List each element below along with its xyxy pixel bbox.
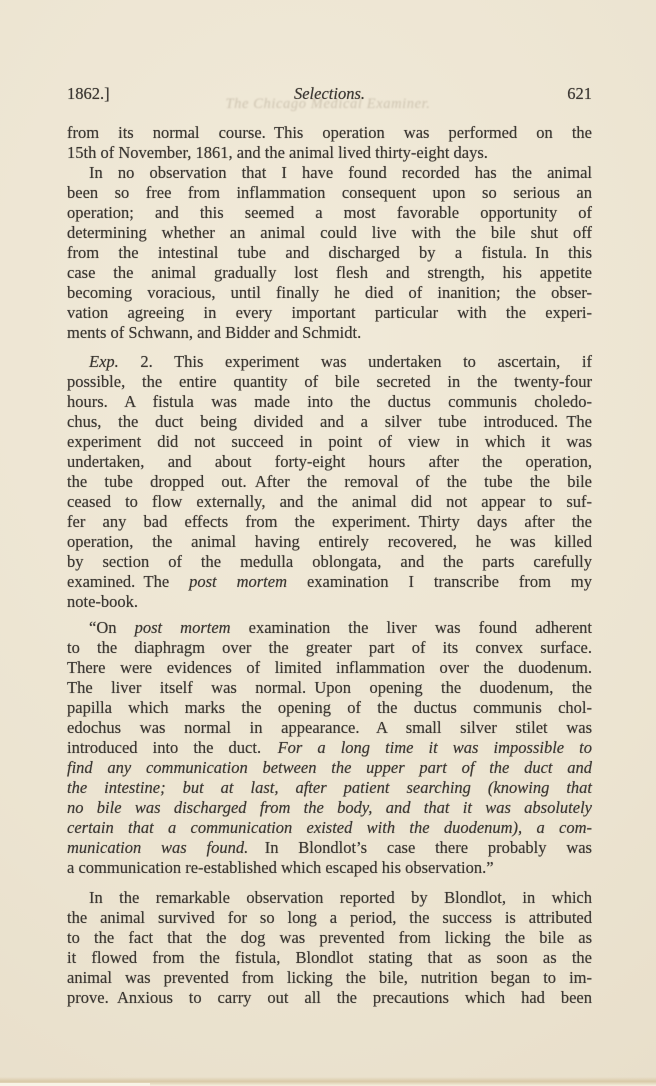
text-segment: “On bbox=[89, 618, 135, 637]
text-line: no bile was discharged from the body, an… bbox=[67, 798, 592, 818]
text-segment: introduced into the duct. bbox=[67, 738, 278, 757]
text-line: prove. Anxious to carry out all the prec… bbox=[67, 988, 592, 1008]
text-segment: a communication re-established which esc… bbox=[67, 858, 494, 877]
text-line: note-book. bbox=[67, 592, 592, 612]
text-line: experiment did not succeed in point of v… bbox=[67, 432, 592, 452]
text-line: “On post mortem examination the liver wa… bbox=[67, 618, 592, 638]
text-line: hours. A fistula was made into the ductu… bbox=[67, 392, 592, 412]
text-line: operation; and this seemed a most favora… bbox=[67, 203, 592, 223]
text-segment: vation agreeing in every important parti… bbox=[67, 303, 592, 322]
text-segment: the tube dropped out. After the removal … bbox=[67, 472, 592, 491]
text-segment: In no observation that I have found reco… bbox=[89, 163, 592, 182]
book-page: 1862.] Selections. 621 The Chicago Medic… bbox=[0, 0, 656, 1086]
text-line: from its normal course. This operation w… bbox=[67, 123, 592, 143]
text-segment: The liver itself was normal. Upon openin… bbox=[67, 678, 592, 697]
text-line: certain that a communication existed wit… bbox=[67, 818, 592, 838]
paragraph: In no observation that I have found reco… bbox=[67, 163, 592, 343]
text-segment: undertaken, and about forty-eight hours … bbox=[67, 452, 592, 471]
text-segment: ceased to flow externally, and the anima… bbox=[67, 492, 592, 511]
text-line: operation, the animal having entirely re… bbox=[67, 532, 592, 552]
text-segment: papilla which marks the opening of the d… bbox=[67, 698, 592, 717]
text-line: it flowed from the fistula, Blondlot sta… bbox=[67, 948, 592, 968]
text-line: fer any bad effects from the experiment.… bbox=[67, 512, 592, 532]
text-segment: been so free from inflammation consequen… bbox=[67, 183, 592, 202]
text-line: 15th of November, 1861, and the animal l… bbox=[67, 143, 592, 163]
text-line: Exp. 2. This experiment was undertaken t… bbox=[67, 352, 592, 372]
text-line: munication was found. In Blondlot’s case… bbox=[67, 838, 592, 858]
text-segment: examination the liver was found adherent bbox=[231, 618, 592, 637]
text-line: becoming voracious, until finally he die… bbox=[67, 283, 592, 303]
text-segment: to the diaphragm over the greater part o… bbox=[67, 638, 592, 657]
text-segment: For a long time it was impossible to bbox=[278, 738, 592, 757]
text-line: determining whether an animal could live… bbox=[67, 223, 592, 243]
text-line: from the intestinal tube and discharged … bbox=[67, 243, 592, 263]
text-line: animal was prevented from licking the bi… bbox=[67, 968, 592, 988]
text-segment: by section of the medulla oblongata, and… bbox=[67, 552, 592, 571]
text-line: to the diaphragm over the greater part o… bbox=[67, 638, 592, 658]
text-segment: examination I transcribe from my bbox=[287, 572, 592, 591]
text-block: from its normal course. This operation w… bbox=[67, 123, 592, 1008]
text-line: ments of Schwann, and Bidder and Schmidt… bbox=[67, 323, 592, 343]
text-segment: fer any bad effects from the experiment.… bbox=[67, 512, 592, 531]
text-line: find any communication between the upper… bbox=[67, 758, 592, 778]
text-segment: munication was found. bbox=[67, 838, 248, 857]
text-line: been so free from inflammation consequen… bbox=[67, 183, 592, 203]
text-line: case the animal gradually lost flesh and… bbox=[67, 263, 592, 283]
text-line: There were evidences of limited inflamma… bbox=[67, 658, 592, 678]
text-segment: In the remarkable observation reported b… bbox=[89, 888, 592, 907]
text-segment: Exp. bbox=[89, 352, 119, 371]
text-line: ceased to flow externally, and the anima… bbox=[67, 492, 592, 512]
text-segment: operation, the animal having entirely re… bbox=[67, 532, 592, 551]
text-segment: possible, the entire quantity of bile se… bbox=[67, 372, 592, 391]
text-segment: certain that a communication existed wit… bbox=[67, 818, 592, 837]
text-segment: from the intestinal tube and discharged … bbox=[67, 243, 592, 262]
text-segment: to the fact that the dog was prevented f… bbox=[67, 928, 592, 947]
text-line: In the remarkable observation reported b… bbox=[67, 888, 592, 908]
text-segment: prove. Anxious to carry out all the prec… bbox=[67, 988, 592, 1007]
paragraph: In the remarkable observation reported b… bbox=[67, 888, 592, 1008]
ghost-showthrough-text: The Chicago Medical Examiner. bbox=[225, 96, 430, 113]
text-segment: In Blondlot’s case there probably was bbox=[248, 838, 592, 857]
text-segment: ments of Schwann, and Bidder and Schmidt… bbox=[67, 323, 361, 342]
text-line: by section of the medulla oblongata, and… bbox=[67, 552, 592, 572]
text-segment: post mortem bbox=[189, 572, 287, 591]
text-line: undertaken, and about forty-eight hours … bbox=[67, 452, 592, 472]
text-segment: There were evidences of limited inflamma… bbox=[67, 658, 592, 677]
text-segment: note-book. bbox=[67, 592, 138, 611]
text-segment: the animal survived for so long a period… bbox=[67, 908, 592, 927]
text-segment: edochus was normal in appearance. A smal… bbox=[67, 718, 592, 737]
text-segment: determining whether an animal could live… bbox=[67, 223, 592, 242]
text-line: examined. The post mortem examination I … bbox=[67, 572, 592, 592]
text-segment: hours. A fistula was made into the ductu… bbox=[67, 392, 592, 411]
text-line: the animal survived for so long a period… bbox=[67, 908, 592, 928]
text-line: The liver itself was normal. Upon openin… bbox=[67, 678, 592, 698]
text-line: the intestine; but at last, after patien… bbox=[67, 778, 592, 798]
text-line: introduced into the duct. For a long tim… bbox=[67, 738, 592, 758]
text-segment: operation; and this seemed a most favora… bbox=[67, 203, 592, 222]
text-line: the tube dropped out. After the removal … bbox=[67, 472, 592, 492]
text-segment: case the animal gradually lost flesh and… bbox=[67, 263, 592, 282]
text-line: In no observation that I have found reco… bbox=[67, 163, 592, 183]
text-segment: find any communication between the upper… bbox=[67, 758, 592, 777]
text-line: possible, the entire quantity of bile se… bbox=[67, 372, 592, 392]
text-line: edochus was normal in appearance. A smal… bbox=[67, 718, 592, 738]
paragraph: from its normal course. This operation w… bbox=[67, 123, 592, 163]
text-segment: from its normal course. This operation w… bbox=[67, 123, 592, 142]
text-segment: no bile was discharged from the body, an… bbox=[67, 798, 592, 817]
text-segment: becoming voracious, until finally he die… bbox=[67, 283, 592, 302]
text-segment: 2. This experiment was undertaken to asc… bbox=[119, 352, 592, 371]
text-line: to the fact that the dog was prevented f… bbox=[67, 928, 592, 948]
text-segment: it flowed from the fistula, Blondlot sta… bbox=[67, 948, 592, 967]
text-segment: post mortem bbox=[135, 618, 231, 637]
paragraph: “On post mortem examination the liver wa… bbox=[67, 618, 592, 878]
text-segment: the intestine; but at last, after patien… bbox=[67, 778, 592, 797]
paragraph: Exp. 2. This experiment was undertaken t… bbox=[67, 352, 592, 612]
text-segment: examined. The bbox=[67, 572, 189, 591]
text-segment: experiment did not succeed in point of v… bbox=[67, 432, 592, 451]
text-line: a communication re-established which esc… bbox=[67, 858, 592, 878]
text-segment: chus, the duct being divided and a silve… bbox=[67, 412, 592, 431]
text-line: papilla which marks the opening of the d… bbox=[67, 698, 592, 718]
text-segment: animal was prevented from licking the bi… bbox=[67, 968, 592, 987]
text-line: vation agreeing in every important parti… bbox=[67, 303, 592, 323]
text-segment: 15th of November, 1861, and the animal l… bbox=[67, 143, 488, 162]
text-line: chus, the duct being divided and a silve… bbox=[67, 412, 592, 432]
